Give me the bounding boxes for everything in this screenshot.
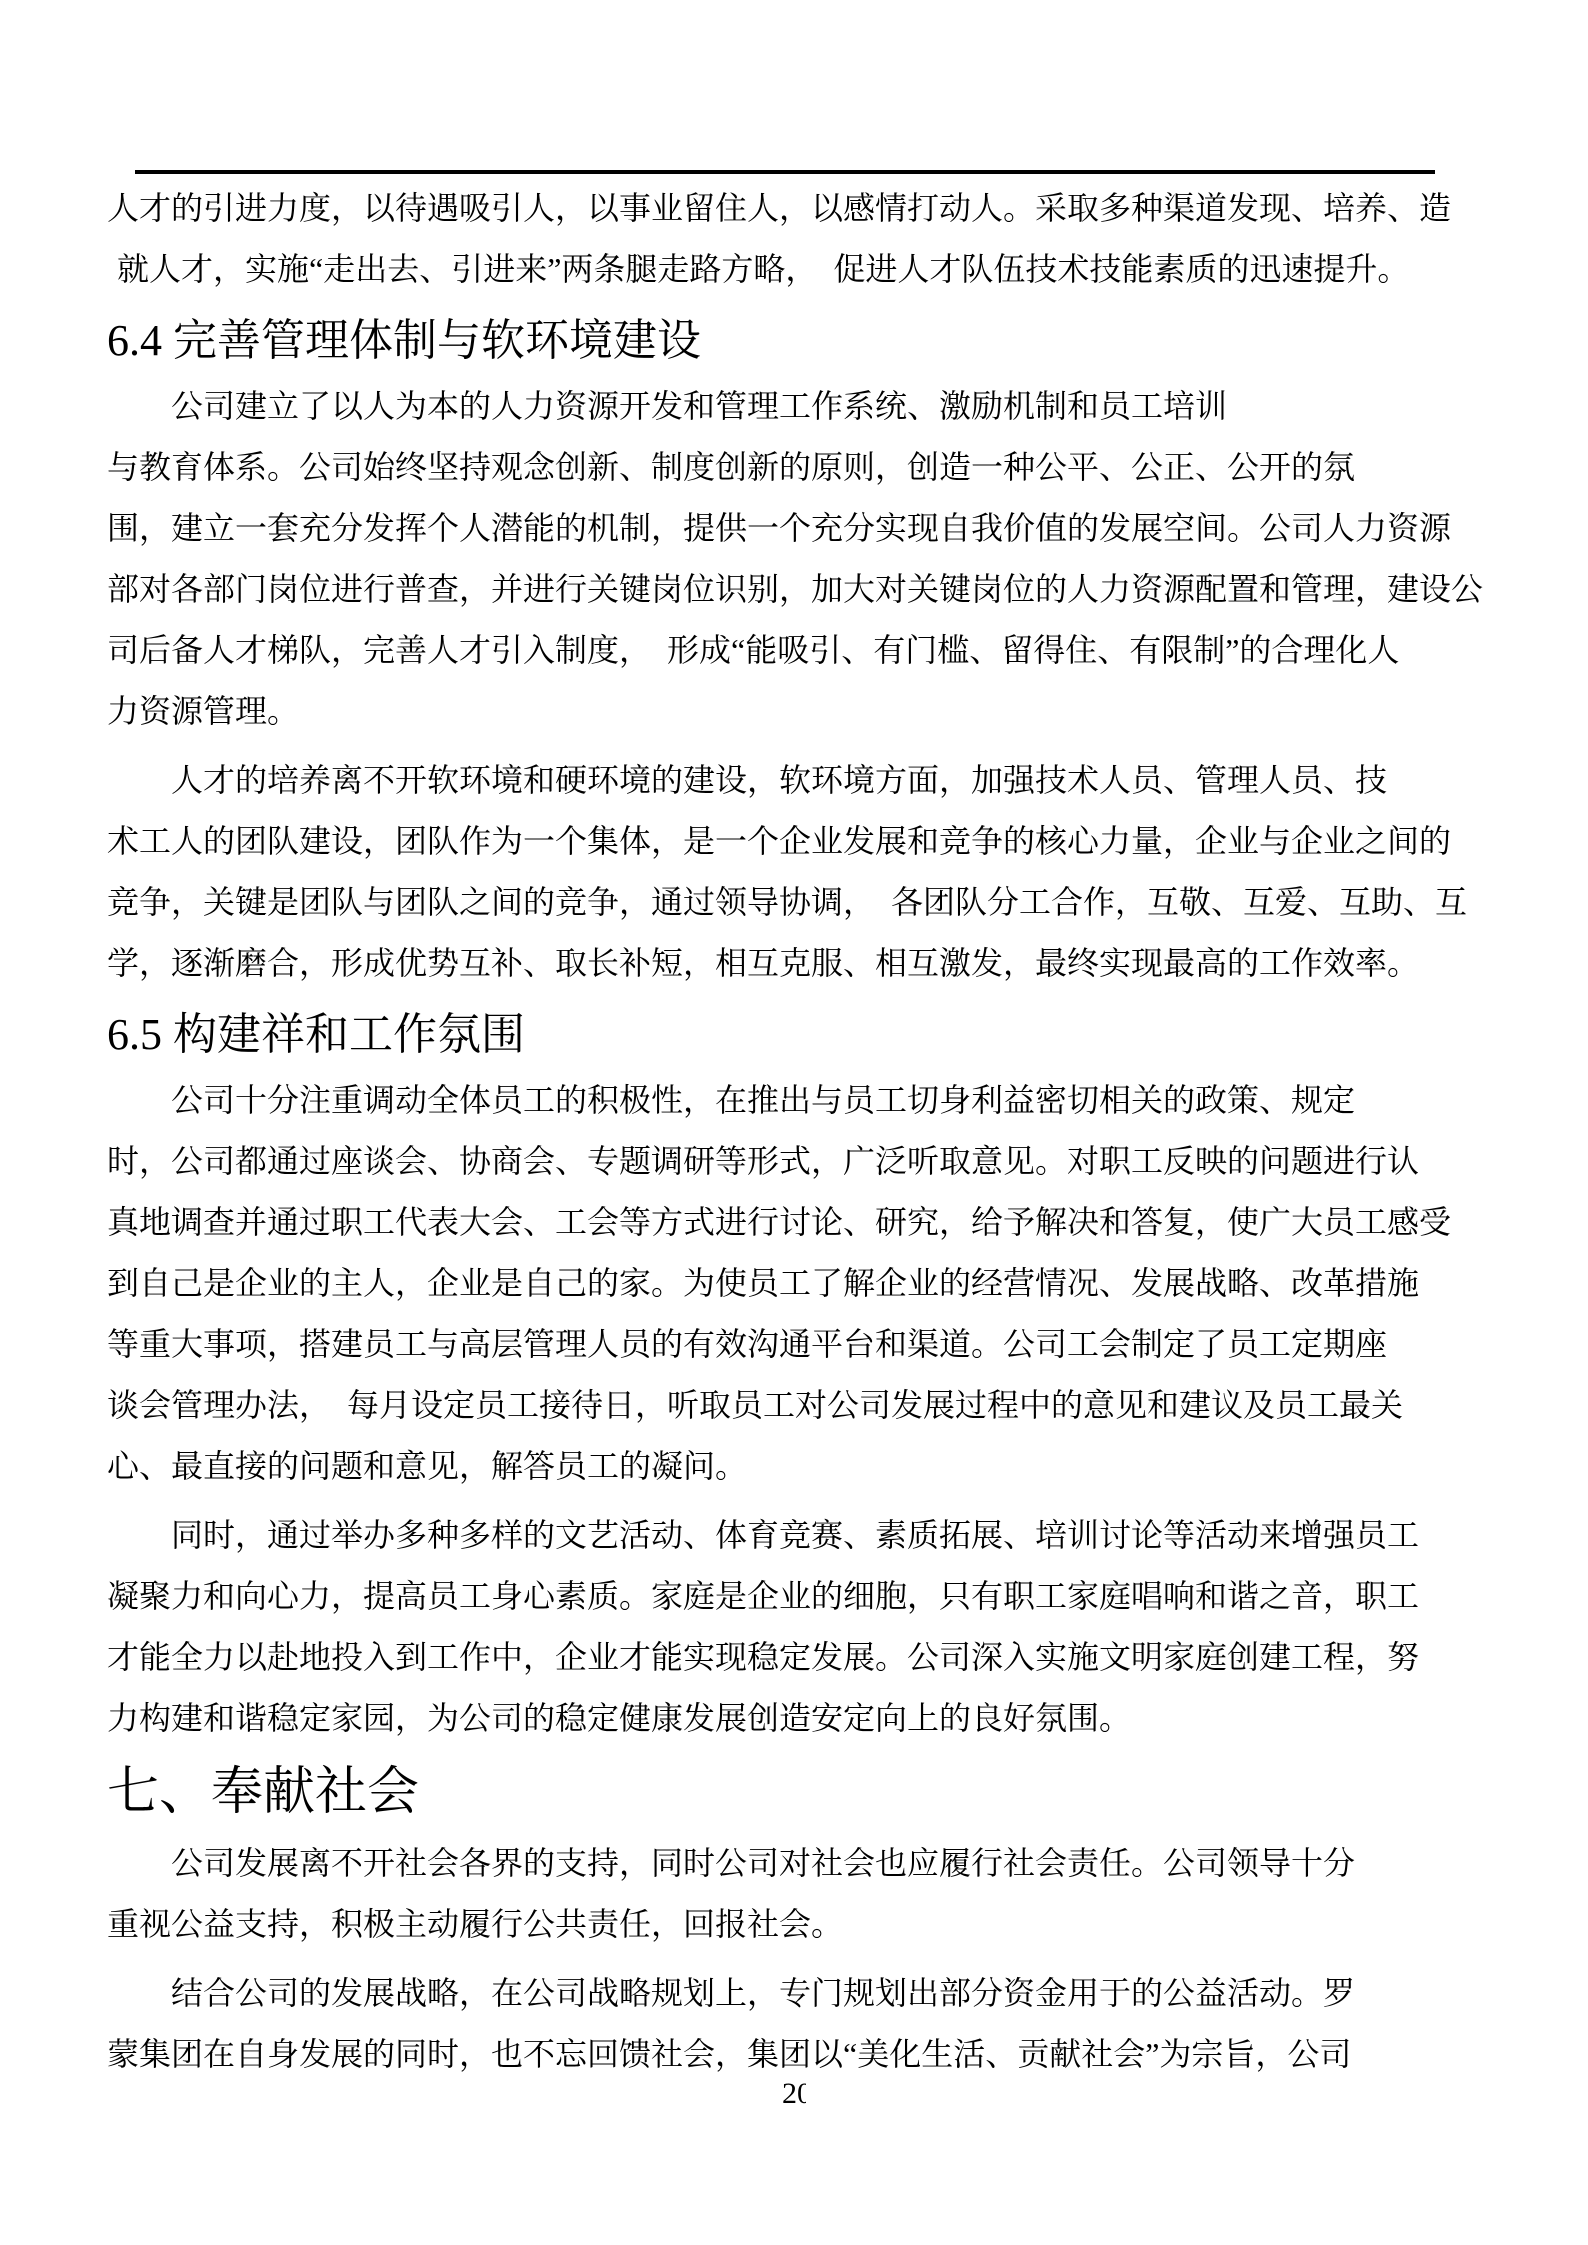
text-line: 司后备人才梯队，完善人才引入制度， 形成“能吸引、有门槛、留得住、有限制”的合理… [107, 620, 1483, 681]
page-number-value: 20 [782, 2076, 806, 2112]
document-page: 人才的引进力度，以待遇吸引人，以事业留住人，以感情打动人。采取多种渠道发现、培养… [0, 0, 1588, 2245]
text-line: 同时，通过举办多种多样的文艺活动、体育竞赛、素质拓展、培训讨论等活动来增强员工 [107, 1505, 1483, 1566]
paragraph-6-5-b: 同时，通过举办多种多样的文艺活动、体育竞赛、素质拓展、培训讨论等活动来增强员工 … [107, 1505, 1483, 1749]
paragraph-6-4-b: 人才的培养离不开软环境和硬环境的建设，软环境方面，加强技术人员、管理人员、技 术… [107, 750, 1483, 994]
text-line: 才能全力以赴地投入到工作中，企业才能实现稳定发展。公司深入实施文明家庭创建工程，… [107, 1627, 1483, 1688]
text-line: 与教育体系。公司始终坚持观念创新、制度创新的原则，创造一种公平、公正、公开的氛 [107, 437, 1483, 498]
paragraph-6-4-a: 公司建立了以人为本的人力资源开发和管理工作系统、激励机制和员工培训 与教育体系。… [107, 376, 1483, 742]
text-line: 公司建立了以人为本的人力资源开发和管理工作系统、激励机制和员工培训 [107, 376, 1483, 437]
text-line: 谈会管理办法， 每月设定员工接待日，听取员工对公司发展过程中的意见和建议及员工最… [107, 1375, 1483, 1436]
section-heading-7: 七、奉献社会 [107, 1757, 1483, 1829]
header-rule [135, 170, 1435, 174]
text-line: 等重大事项，搭建员工与高层管理人员的有效沟通平台和渠道。公司工会制定了员工定期座 [107, 1314, 1483, 1375]
text-line: 就人才，实施“走出去、引进来”两条腿走路方略， 促进人才队伍技术技能素质的迅速提… [107, 239, 1483, 300]
text-line: 到自己是企业的主人，企业是自己的家。为使员工了解企业的经营情况、发展战略、改革措… [107, 1253, 1483, 1314]
section-heading-6-5: 6.5 构建祥和工作氛围 [107, 1002, 1483, 1068]
page-number: 20 [0, 2076, 1588, 2112]
paragraph-7-b: 结合公司的发展战略，在公司战略规划上，专门规划出部分资金用于的公益活动。罗 蒙集… [107, 1963, 1483, 2085]
paragraph-intro: 人才的引进力度，以待遇吸引人，以事业留住人，以感情打动人。采取多种渠道发现、培养… [107, 178, 1483, 300]
text-line: 公司十分注重调动全体员工的积极性，在推出与员工切身利益密切相关的政策、规定 [107, 1070, 1483, 1131]
page-content: 人才的引进力度，以待遇吸引人，以事业留住人，以感情打动人。采取多种渠道发现、培养… [107, 178, 1483, 2093]
text-line: 公司发展离不开社会各界的支持，同时公司对社会也应履行社会责任。公司领导十分 [107, 1833, 1483, 1894]
text-line: 部对各部门岗位进行普查，并进行关键岗位识别，加大对关键岗位的人力资源配置和管理，… [107, 559, 1483, 620]
text-line: 心、最直接的问题和意见，解答员工的凝问。 [107, 1436, 1483, 1497]
section-heading-6-4: 6.4 完善管理体制与软环境建设 [107, 308, 1483, 374]
text-line: 凝聚力和向心力，提高员工身心素质。家庭是企业的细胞，只有职工家庭唱响和谐之音，职… [107, 1566, 1483, 1627]
text-line: 学，逐渐磨合，形成优势互补、取长补短，相互克服、相互激发，最终实现最高的工作效率… [107, 933, 1483, 994]
text-line: 真地调查并通过职工代表大会、工会等方式进行讨论、研究，给予解决和答复，使广大员工… [107, 1192, 1483, 1253]
text-line: 时，公司都通过座谈会、协商会、专题调研等形式，广泛听取意见。对职工反映的问题进行… [107, 1131, 1483, 1192]
paragraph-7-a: 公司发展离不开社会各界的支持，同时公司对社会也应履行社会责任。公司领导十分 重视… [107, 1833, 1483, 1955]
text-line: 重视公益支持，积极主动履行公共责任，回报社会。 [107, 1894, 1483, 1955]
text-line: 竞争，关键是团队与团队之间的竞争，通过领导协调， 各团队分工合作，互敬、互爱、互… [107, 872, 1483, 933]
text-line: 力构建和谐稳定家园，为公司的稳定健康发展创造安定向上的良好氛围。 [107, 1688, 1483, 1749]
text-line: 结合公司的发展战略，在公司战略规划上，专门规划出部分资金用于的公益活动。罗 [107, 1963, 1483, 2024]
text-line: 人才的引进力度，以待遇吸引人，以事业留住人，以感情打动人。采取多种渠道发现、培养… [107, 178, 1483, 239]
text-line: 术工人的团队建设，团队作为一个集体，是一个企业发展和竞争的核心力量，企业与企业之… [107, 811, 1483, 872]
text-line: 力资源管理。 [107, 681, 1483, 742]
paragraph-6-5-a: 公司十分注重调动全体员工的积极性，在推出与员工切身利益密切相关的政策、规定 时，… [107, 1070, 1483, 1497]
text-line: 人才的培养离不开软环境和硬环境的建设，软环境方面，加强技术人员、管理人员、技 [107, 750, 1483, 811]
text-line: 围，建立一套充分发挥个人潜能的机制，提供一个充分实现自我价值的发展空间。公司人力… [107, 498, 1483, 559]
